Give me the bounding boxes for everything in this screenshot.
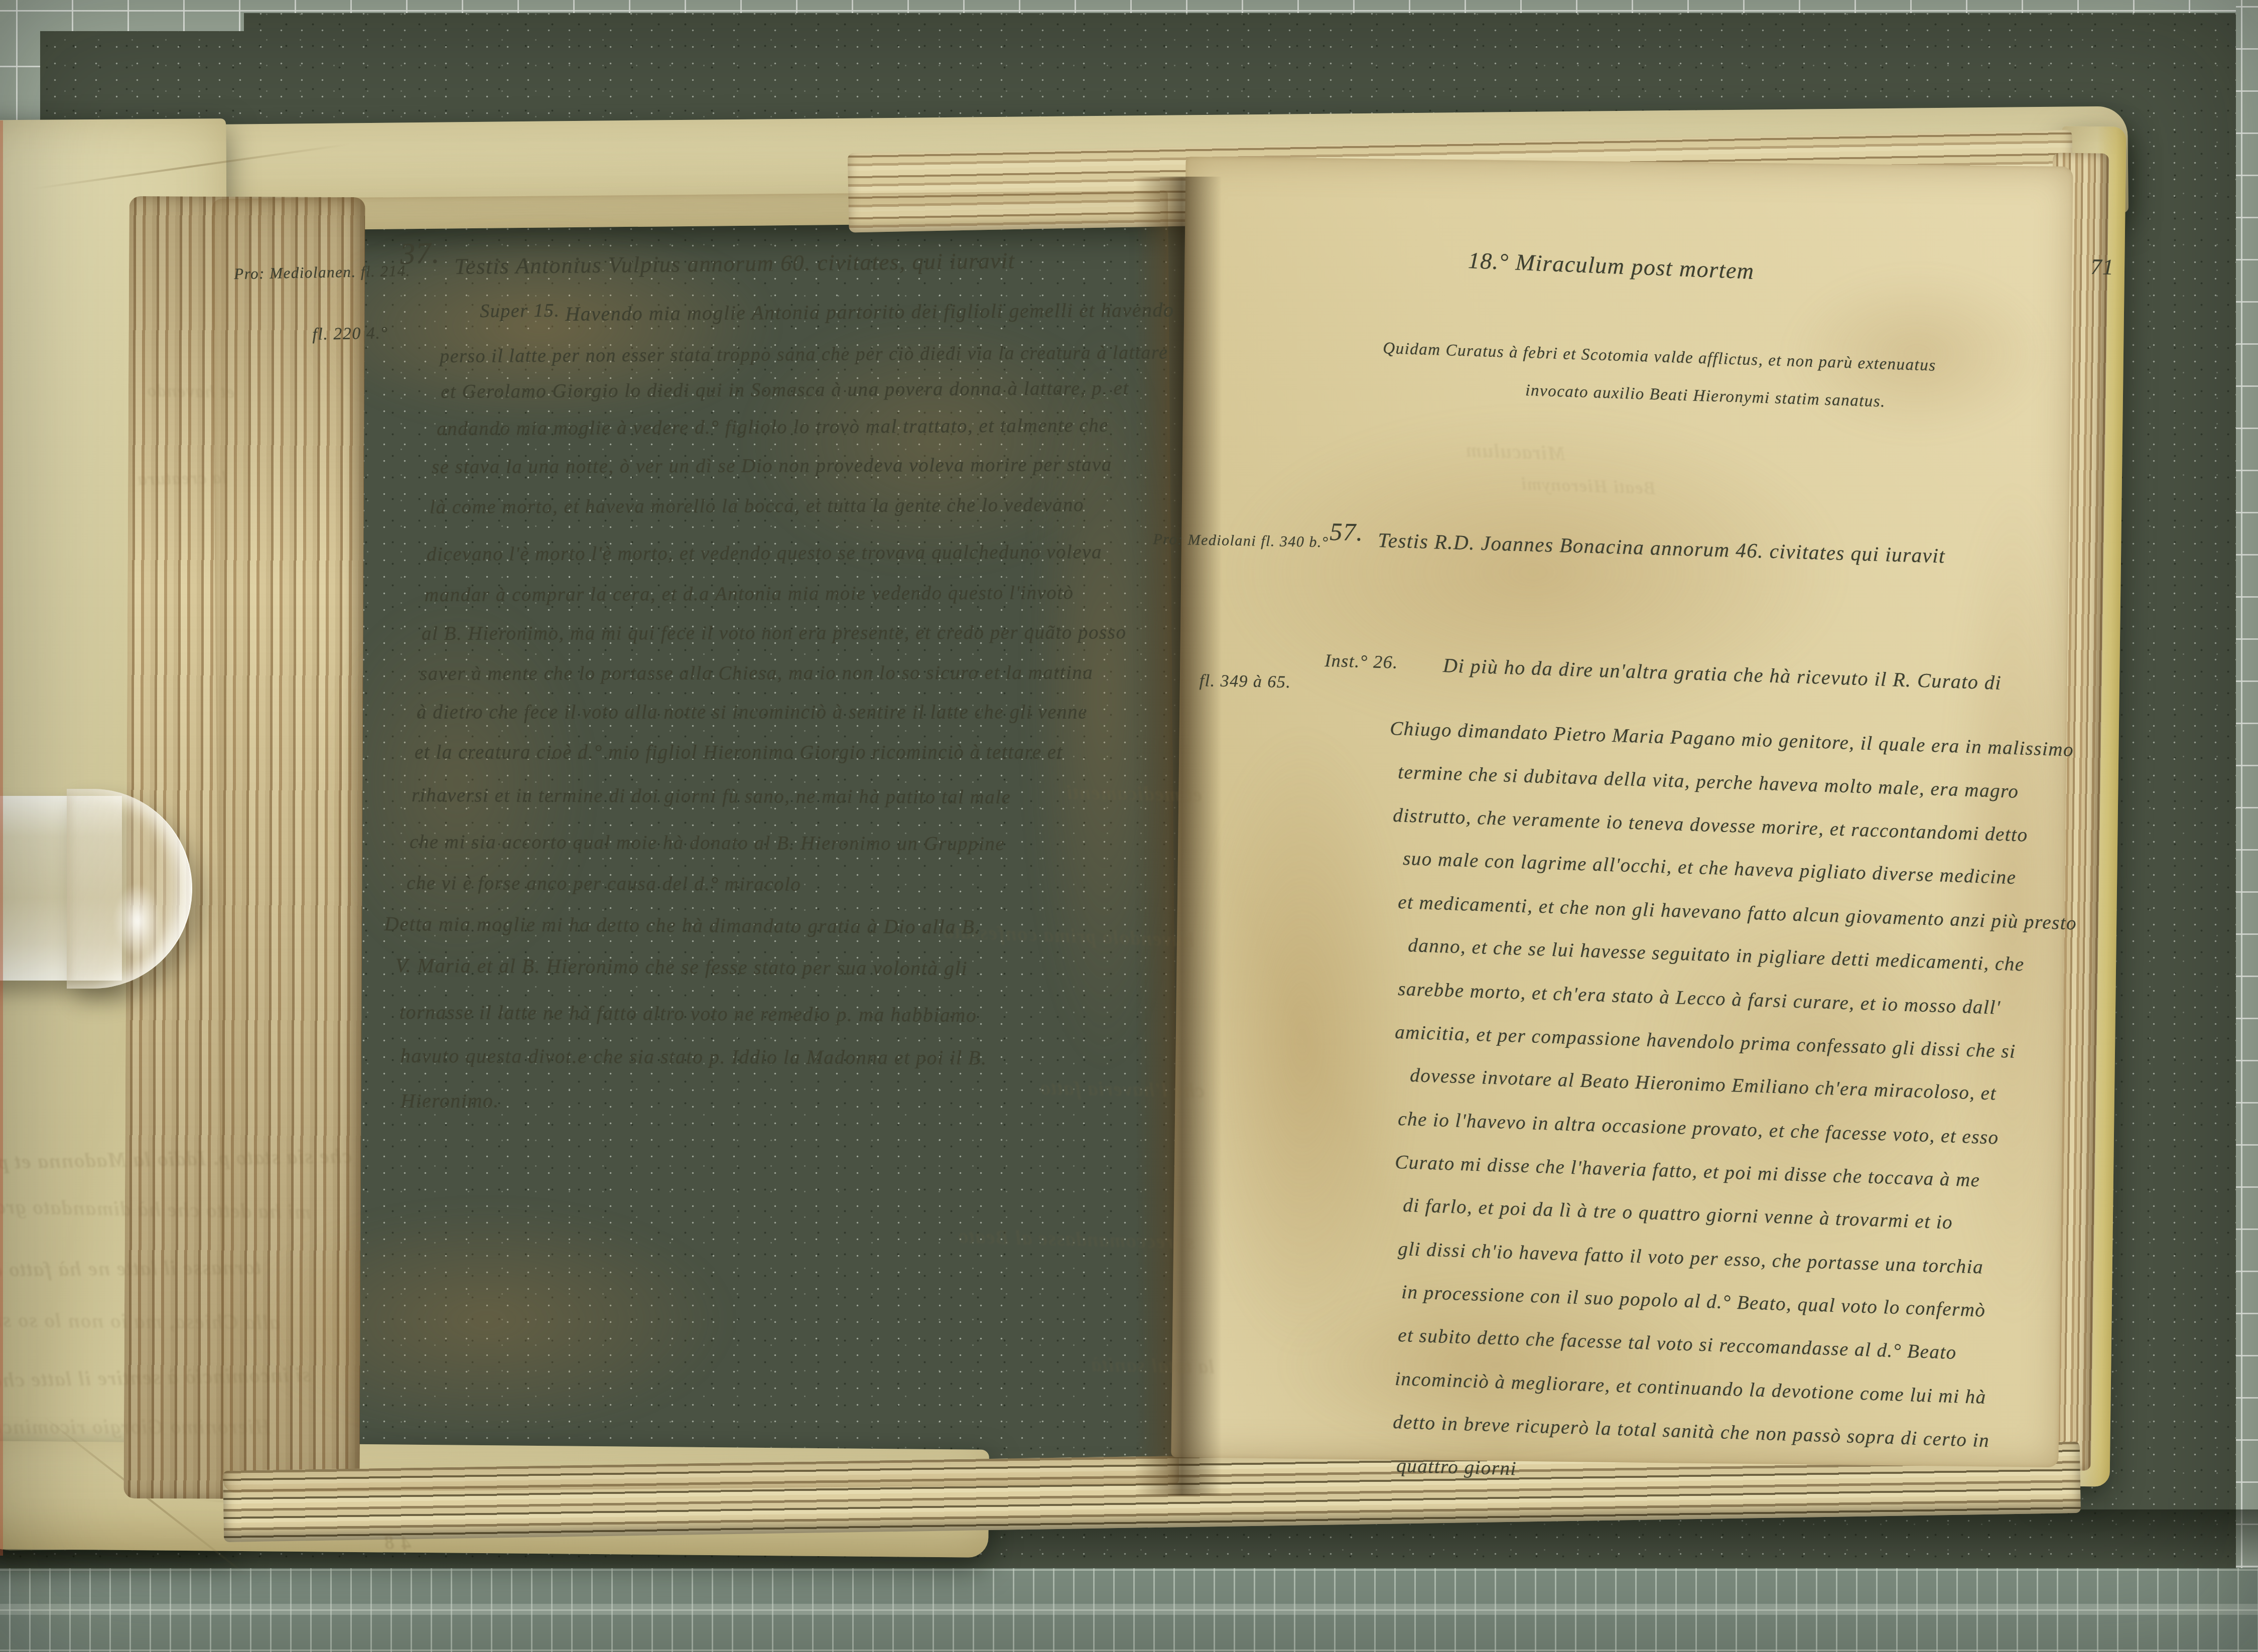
manuscript-line: Testis Antonius Vulpius annorum 60. civi… (454, 247, 1015, 280)
manuscript-line: V. Maria et al B. Hieronimo che se fesse… (395, 953, 968, 980)
manuscript-line: Quidam Curatus à febri et Scotomia valde… (1383, 339, 1936, 375)
manuscript-line: 37. (400, 235, 441, 271)
manuscript-line: Pro: Mediolani fl. 340 b.° (1153, 531, 1329, 551)
manuscript-line: Detta mia moglie mi ha detto che hà dima… (384, 912, 981, 938)
manuscript-line: Super 15. (480, 300, 560, 322)
folio-page-number: 71 (2090, 254, 2114, 280)
manuscript-line: et subito detto che facesse tal voto si … (1398, 1324, 1957, 1364)
glass-weight-highlight (113, 883, 162, 958)
manuscript-line: Curato mi disse che l'haveria fatto, et … (1395, 1151, 1981, 1192)
manuscript-line: Pro: Mediolanen. fl. 214. (234, 262, 411, 283)
manuscript-line: quattro giorni (1396, 1454, 1517, 1480)
manuscript-line: detto in breve ricuperò la total sanità … (1393, 1411, 1990, 1452)
manuscript-line: gli dissi ch'io haveva fatto il voto per… (1398, 1237, 1984, 1279)
manuscript-line: che vi è forse anco per causa del d.° mi… (407, 872, 802, 896)
manuscript-line: termine che si dubitava della vita, perc… (1398, 761, 2019, 803)
manuscript-text-layer: Pro: Mediolanen. fl. 214.37.Testis Anton… (0, 0, 2258, 1652)
manuscript-line: dovesse invotare al Beato Hieronimo Emil… (1410, 1064, 1997, 1105)
manuscript-line: Havendo mia moglie Antonia partorito dei… (565, 298, 1174, 326)
manuscript-line: che io l'havevo in altra occasione prova… (1398, 1108, 2000, 1149)
manuscript-line: Hieronimo. (401, 1089, 499, 1113)
manuscript-line: et la creatura cioè d.° mio figliol Hier… (415, 741, 1063, 764)
manuscript-line: saver à mente che lo portasse alla Chies… (420, 661, 1093, 685)
manuscript-line: et Gerolamo Giorgio lo diedi qui in Soma… (441, 377, 1129, 403)
manuscript-line: perso il latte per non esser stata tropp… (440, 341, 1168, 367)
scan-edge-artifact (0, 120, 3, 1556)
manuscript-line: che mi sia accorto qual moie hà donato a… (410, 831, 1005, 855)
manuscript-line: distrutto, che veramente io teneva doves… (1393, 804, 2029, 847)
manuscript-line: amicitia, et per compassione havendolo p… (1395, 1021, 2017, 1063)
manuscript-line: Chiugo dimandato Pietro Maria Pagano mio… (1390, 717, 2074, 761)
manuscript-line: fl. 349 à 65. (1199, 671, 1291, 692)
manuscript-line: se stava la una notte, ò ver un dì se Di… (432, 453, 1112, 478)
manuscript-line: dicevano l'è morto l'è morto, et vedendo… (427, 540, 1102, 566)
manuscript-line: Di più ho da dire un'altra gratia che hà… (1443, 653, 2002, 695)
manuscript-line: al B. Hieronimo, ma mi qui fece il voto … (422, 621, 1126, 645)
manuscript-line: incominciò à megliorare, et continuando … (1395, 1367, 1987, 1409)
manuscript-line: danno, et che se lui havesse seguitato i… (1408, 934, 2025, 976)
manuscript-line: sarebbe morto, et ch'era stato à Lecco à… (1398, 978, 2002, 1019)
manuscript-line: fl. 220 4.° (312, 324, 388, 344)
manuscript-line: et medicamenti, et che non gli havevano … (1398, 891, 2077, 934)
manuscript-photo-scene: et havendola creaturache sia stato p. Id… (0, 0, 2258, 1652)
manuscript-line: andando mia moglie à vedere d.° figliolo… (437, 414, 1109, 440)
glass-weight (0, 789, 192, 989)
manuscript-line: à dietro che fece il voto alla notte si … (417, 701, 1088, 724)
manuscript-line: 57. (1330, 517, 1364, 546)
manuscript-line: invocato auxilio Beati Hieronymi statim … (1525, 381, 1886, 411)
manuscript-line: mandar à comprar la cera, et d.a Antonia… (425, 581, 1074, 606)
manuscript-line: suo male con lagrime all'occhi, et che h… (1403, 847, 2017, 889)
manuscript-line: rihaversi et in termine di doi giorni fù… (412, 784, 1011, 808)
manuscript-line: tornasse il latte ne hà fatto altro voto… (400, 1000, 977, 1027)
manuscript-line: Inst.° 26. (1324, 650, 1398, 673)
manuscript-line: di farlo, et poi da lì à tre o quattro g… (1403, 1194, 1953, 1233)
manuscript-line: Testis R.D. Joannes Bonacina annorum 46.… (1378, 528, 1946, 568)
manuscript-line: là come morto, et haveva morello la bocc… (430, 493, 1084, 518)
manuscript-line: havuto questa divot.e che sia stato p. I… (401, 1044, 987, 1069)
manuscript-line: in processione con il suo popolo al d.° … (1401, 1281, 1986, 1322)
